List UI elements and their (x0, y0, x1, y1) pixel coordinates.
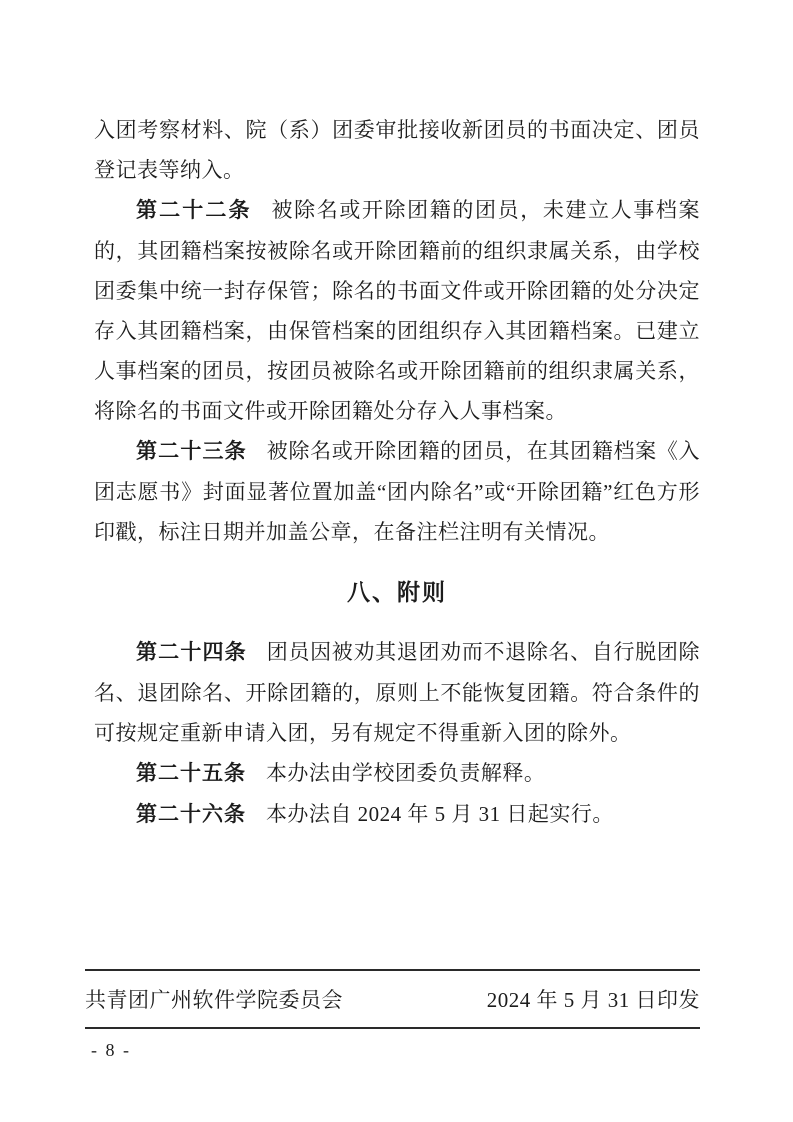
paragraph: 第二十四条团员因被劝其退团劝而不退除名、自行脱团除名、退团除名、开除团籍的，原则… (94, 632, 700, 753)
paragraph: 第二十三条被除名或开除团籍的团员，在其团籍档案《入团志愿书》封面显著位置加盖“团… (94, 431, 700, 552)
paragraph-text: 本办法由学校团委负责解释。 (266, 761, 546, 785)
body-after-heading: 第二十四条团员因被劝其退团劝而不退除名、自行脱团除名、退团除名、开除团籍的，原则… (94, 632, 700, 835)
paragraph: 第二十二条被除名或开除团籍的团员，未建立人事档案的，其团籍档案按被除名或开除团籍… (94, 190, 700, 431)
paragraph: 第二十五条本办法由学校团委负责解释。 (94, 753, 700, 794)
document-body: 入团考察材料、院（系）团委审批接收新团员的书面决定、团员登记表等纳入。第二十二条… (94, 110, 700, 835)
section-heading: 八、附则 (94, 572, 700, 612)
article-number: 第二十六条 (136, 803, 246, 826)
paragraph: 第二十六条本办法自 2024 年 5 月 31 日起实行。 (94, 794, 700, 835)
page-number: - 8 - (91, 1040, 131, 1061)
document-page: 入团考察材料、院（系）团委审批接收新团员的书面决定、团员登记表等纳入。第二十二条… (0, 0, 793, 1122)
paragraph: 入团考察材料、院（系）团委审批接收新团员的书面决定、团员登记表等纳入。 (94, 110, 700, 190)
paragraph-text: 入团考察材料、院（系）团委审批接收新团员的书面决定、团员登记表等纳入。 (94, 118, 700, 182)
article-number: 第二十五条 (136, 762, 246, 785)
footer-bottom-rule (85, 1027, 700, 1029)
footer-row: 共青团广州软件学院委员会 2024 年 5 月 31 日印发 (85, 971, 700, 1027)
article-number: 第二十二条 (136, 199, 252, 222)
article-number: 第二十三条 (136, 440, 247, 463)
footer-print-date: 2024 年 5 月 31 日印发 (487, 984, 700, 1014)
article-number: 第二十四条 (136, 641, 247, 664)
paragraph-text: 被除名或开除团籍的团员，未建立人事档案的，其团籍档案按被除名或开除团籍前的组织隶… (94, 198, 700, 423)
body-before-heading: 入团考察材料、院（系）团委审批接收新团员的书面决定、团员登记表等纳入。第二十二条… (94, 110, 700, 552)
paragraph-text: 本办法自 2024 年 5 月 31 日起实行。 (266, 802, 614, 826)
document-footer: 共青团广州软件学院委员会 2024 年 5 月 31 日印发 (85, 969, 700, 1029)
footer-issuer: 共青团广州软件学院委员会 (85, 984, 343, 1014)
